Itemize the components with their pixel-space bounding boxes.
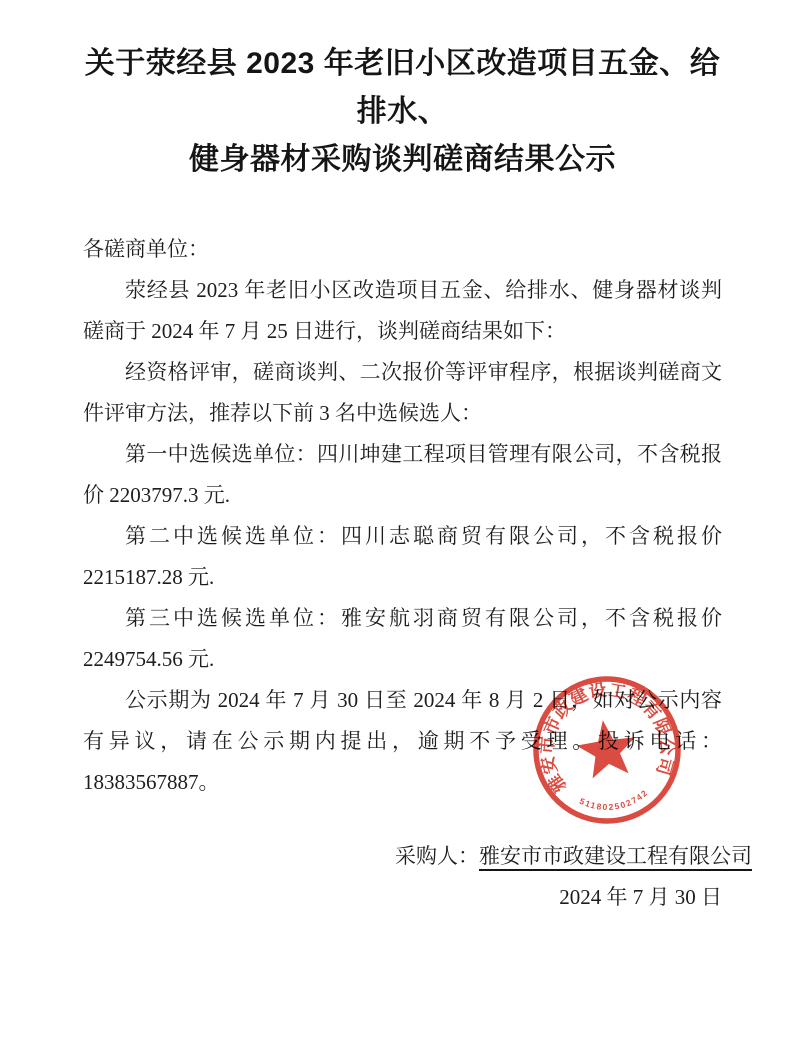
signature-line: 采购人：雅安市市政建设工程有限公司 (395, 836, 722, 877)
purchaser-label: 采购人： (395, 844, 479, 868)
paragraph-evaluation: 经资格评审，磋商谈判、二次报价等评审程序，根据谈判磋商文件评审方法，推荐以下前 … (83, 352, 722, 434)
document-page: 关于荥经县 2023 年老旧小区改造项目五金、给排水、 健身器材采购谈判磋商结果… (0, 0, 799, 1046)
salutation: 各磋商单位： (83, 229, 722, 270)
signature-date: 2024 年 7 月 30 日 (83, 877, 722, 918)
document-title-line2: 健身器材采购谈判磋商结果公示 (189, 143, 616, 176)
document-title: 关于荥经县 2023 年老旧小区改造项目五金、给排水、 健身器材采购谈判磋商结果… (83, 0, 722, 184)
document-content: 关于荥经县 2023 年老旧小区改造项目五金、给排水、 健身器材采购谈判磋商结果… (0, 0, 799, 918)
paragraph-candidate-2: 第二中选候选单位：四川志聪商贸有限公司，不含税报价 2215187.28 元. (83, 516, 722, 598)
paragraph-publicity-period: 公示期为 2024 年 7 月 30 日至 2024 年 8 月 2 日，如对公… (83, 680, 722, 803)
paragraph-candidate-3: 第三中选候选单位：雅安航羽商贸有限公司，不含税报价 2249754.56 元. (83, 598, 722, 680)
document-title-line1: 关于荥经县 2023 年老旧小区改造项目五金、给排水、 (85, 47, 720, 128)
paragraph-overview: 荥经县 2023 年老旧小区改造项目五金、给排水、健身器材谈判磋商于 2024 … (83, 270, 722, 352)
paragraph-candidate-1: 第一中选候选单位：四川坤建工程项目管理有限公司，不含税报价 2203797.3 … (83, 434, 722, 516)
purchaser-company: 雅安市市政建设工程有限公司 (479, 844, 752, 871)
document-body: 各磋商单位： 荥经县 2023 年老旧小区改造项目五金、给排水、健身器材谈判磋商… (83, 229, 722, 803)
